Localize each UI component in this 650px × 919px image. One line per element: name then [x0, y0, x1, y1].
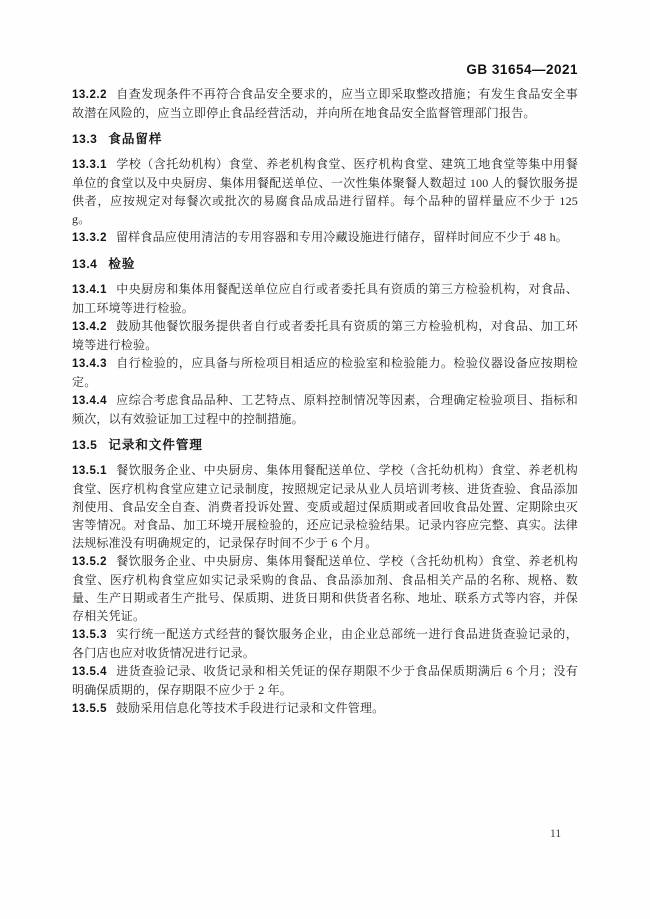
document-page: GB 31654—2021 13.2.2自查发现条件不再符合食品安全要求的，应当… [0, 0, 650, 919]
clause-number: 13.5.4 [72, 666, 107, 678]
clause-13-4-3: 13.4.3自行检验的，应具备与所检项目相适应的检验室和检验能力。检验仪器设备应… [72, 354, 578, 391]
clause-text: 留样食品应使用清洁的专用容器和专用冷藏设施进行储存，留样时间应不少于 48 h。 [116, 230, 568, 244]
standard-code: GB 31654—2021 [466, 62, 578, 77]
section-title: 记录和文件管理 [108, 438, 203, 452]
clause-13-5-1: 13.5.1餐饮服务企业、中央厨房、集体用餐配送单位、学校（含托幼机构）食堂、养… [72, 461, 578, 552]
clause-number: 13.5.3 [72, 629, 107, 641]
clause-text: 鼓励其他餐饮服务提供者自行或者委托具有资质的第三方检验机构，对食品、加工环境等进… [72, 319, 578, 352]
page-footer: 11 [550, 827, 561, 841]
clause-text: 鼓励采用信息化等技术手段进行记录和文件管理。 [116, 701, 384, 715]
clause-number: 13.4.2 [72, 321, 107, 333]
clause-number: 13.3.2 [72, 232, 107, 244]
section-title: 食品留样 [108, 132, 162, 146]
clause-number: 13.4.1 [72, 284, 107, 296]
clause-number: 13.5.5 [72, 703, 107, 715]
section-number: 13.3 [72, 132, 97, 146]
clause-text: 实行统一配送方式经营的餐饮服务企业，由企业总部统一进行食品进货查验记录的，各门店… [72, 627, 578, 660]
section-heading-13-5: 13.5记录和文件管理 [72, 436, 578, 454]
section-title: 检验 [108, 257, 135, 271]
clause-text: 自查发现条件不再符合食品安全要求的，应当立即采取整改措施；有发生食品安全事故潜在… [72, 87, 578, 120]
clause-text: 学校（含托幼机构）食堂、养老机构食堂、医疗机构食堂、建筑工地食堂等集中用餐单位的… [72, 157, 578, 226]
clause-13-3-2: 13.3.2留样食品应使用清洁的专用容器和专用冷藏设施进行储存，留样时间应不少于… [72, 228, 578, 247]
clause-text: 进货查验记录、收货记录和相关凭证的保存期限不少于食品保质期满后 6 个月；没有明… [72, 664, 578, 697]
clause-text: 餐饮服务企业、中央厨房、集体用餐配送单位、学校（含托幼机构）食堂、养老机构食堂、… [72, 554, 578, 623]
clause-13-5-5: 13.5.5鼓励采用信息化等技术手段进行记录和文件管理。 [72, 699, 578, 718]
section-heading-13-3: 13.3食品留样 [72, 130, 578, 148]
clause-text: 应综合考虑食品品种、工艺特点、原料控制情况等因素，合理确定检验项目、指标和频次，… [72, 393, 578, 426]
clause-text: 中央厨房和集体用餐配送单位应自行或者委托具有资质的第三方检验机构，对食品、加工环… [72, 282, 578, 315]
section-heading-13-4: 13.4检验 [72, 255, 578, 273]
page-header: GB 31654—2021 [72, 62, 578, 77]
document-body: 13.2.2自查发现条件不再符合食品安全要求的，应当立即采取整改措施；有发生食品… [72, 85, 578, 718]
clause-number: 13.2.2 [72, 89, 107, 101]
section-number: 13.4 [72, 257, 97, 271]
clause-13-4-2: 13.4.2鼓励其他餐饮服务提供者自行或者委托具有资质的第三方检验机构，对食品、… [72, 317, 578, 354]
section-number: 13.5 [72, 438, 97, 452]
clause-number: 13.5.2 [72, 556, 107, 568]
clause-number: 13.4.4 [72, 395, 107, 407]
clause-13-3-1: 13.3.1学校（含托幼机构）食堂、养老机构食堂、医疗机构食堂、建筑工地食堂等集… [72, 155, 578, 228]
clause-text: 餐饮服务企业、中央厨房、集体用餐配送单位、学校（含托幼机构）食堂、养老机构食堂、… [72, 463, 578, 550]
clause-number: 13.5.1 [72, 465, 107, 477]
clause-number: 13.3.1 [72, 159, 107, 171]
clause-13-5-3: 13.5.3实行统一配送方式经营的餐饮服务企业，由企业总部统一进行食品进货查验记… [72, 625, 578, 662]
clause-13-2-2: 13.2.2自查发现条件不再符合食品安全要求的，应当立即采取整改措施；有发生食品… [72, 85, 578, 122]
clause-number: 13.4.3 [72, 358, 107, 370]
clause-13-5-4: 13.5.4进货查验记录、收货记录和相关凭证的保存期限不少于食品保质期满后 6 … [72, 662, 578, 699]
clause-13-4-4: 13.4.4应综合考虑食品品种、工艺特点、原料控制情况等因素，合理确定检验项目、… [72, 391, 578, 428]
page-number: 11 [550, 828, 561, 840]
clause-text: 自行检验的，应具备与所检项目相适应的检验室和检验能力。检验仪器设备应按期检定。 [72, 356, 578, 389]
clause-13-4-1: 13.4.1中央厨房和集体用餐配送单位应自行或者委托具有资质的第三方检验机构，对… [72, 280, 578, 317]
clause-13-5-2: 13.5.2餐饮服务企业、中央厨房、集体用餐配送单位、学校（含托幼机构）食堂、养… [72, 552, 578, 625]
